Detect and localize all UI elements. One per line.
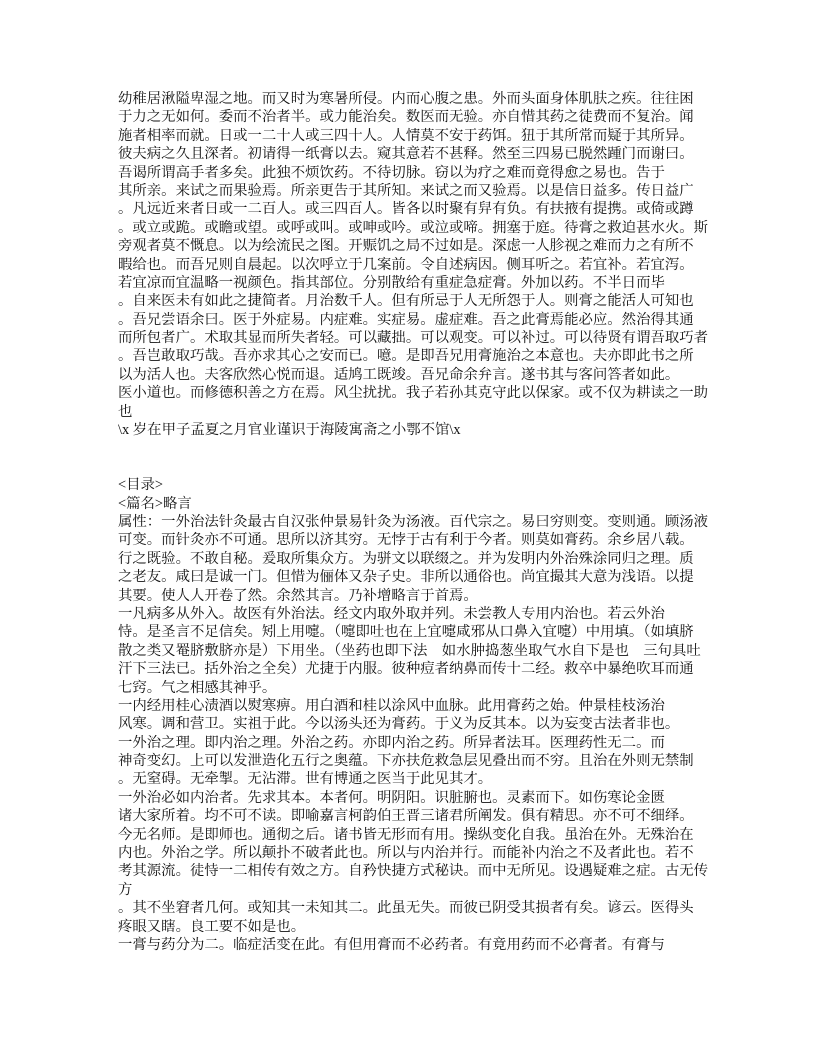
text-line: 可变。而针灸亦不可通。思所以济其穷。无悖于古有利于今者。则莫如膏药。余乡居八载。 — [118, 531, 778, 549]
text-line: 。吾岂敢取巧哉。吾亦求其心之安而已。噫。是即吾兄用膏施治之本意也。夫亦即此书之所 — [118, 347, 778, 365]
blank-line — [118, 439, 778, 457]
text-line: 。无窒碍。无牵掣。无沾滞。世有博通之医当于此见其才。 — [118, 770, 778, 788]
text-line: 恃。是圣言不足信矣。矧上用嚏。（嚏即吐也在上宜嚏咸邪从口鼻入宜嚏）中用填。（如填… — [118, 623, 778, 641]
text-line: 。或立或跪。或瞻或望。或呼或叫。或呻或吟。或泣或啼。拥塞于庭。待膏之救迫甚水火。… — [118, 219, 778, 237]
text-line: 。其不坐窘者几何。或知其一未知其二。此虽无失。而彼已阴受其损者有矣。谚云。医得头 — [118, 899, 778, 917]
text-line: <目录> — [118, 476, 778, 494]
text-line: 一凡病多从外入。故医有外治法。经文内取外取并列。未尝教人专用内治也。若云外治 — [118, 605, 778, 623]
text-line: 一膏与药分为二。临症活变在此。有但用膏而不必药者。有竟用药而不必膏者。有膏与 — [118, 936, 778, 954]
text-line: 一外治必如内治者。先求其本。本者何。明阴阳。识脏腑也。灵素而下。如伤寒论金匮 — [118, 789, 778, 807]
text-line: 以为活人也。夫客欣然心悦而退。适鸠工既竣。吾兄命余弁言。遂书其与客问答者如此。 — [118, 366, 778, 384]
text-line: 其所亲。来试之而果验焉。所亲更告于其所知。来试之而又验焉。以是信日益多。传日益广 — [118, 182, 778, 200]
text-line: 而所包者广。术取其显而所失者轻。可以藏拙。可以观变。可以补过。可以待贤有谓吾取巧… — [118, 329, 778, 347]
text-line: 。凡远近来者日或一二百人。或三四百人。皆各以时聚有舁有负。有扶掖有提携。或倚或蹲 — [118, 200, 778, 218]
text-line: 暇给也。而吾兄则自晨起。以次呼立于几案前。令自述病因。侧耳听之。若宜补。若宜泻。 — [118, 256, 778, 274]
text-line: 。吾兄尝语余曰。医于外症易。内症难。实症易。虚症难。吾之此膏焉能必应。然治得其通 — [118, 311, 778, 329]
document-page: 幼稚居湫隘卑湿之地。而又时为寒暑所侵。内而心腹之患。外而头面身体肌肤之疾。往往困… — [0, 0, 816, 1056]
text-block: 幼稚居湫隘卑湿之地。而又时为寒暑所侵。内而心腹之患。外而头面身体肌肤之疾。往往困… — [118, 90, 778, 954]
text-line: 其要。使人人开卷了然。余然其言。乃补增略言于首焉。 — [118, 587, 778, 605]
text-line: 神奇变幻。上可以发泄造化五行之奥蕴。下亦扶危救急层见叠出而不穷。且治在外则无禁制 — [118, 752, 778, 770]
text-line: \x 岁在甲子孟夏之月官业谨识于海陵寓斋之小鄂不馆\x — [118, 421, 778, 439]
text-line: 行之既验。不敢自秘。爰取所集众方。为骈文以联缀之。并为发明内外治殊涂同归之理。质 — [118, 550, 778, 568]
text-line: 考其源流。徒恃一二相传有效之方。自矜快捷方式秘诀。而中无所见。设遇疑难之症。古无… — [118, 862, 778, 880]
text-line: 汗下三法已。括外治之全矣）尤捷于内服。彼种痘者纳鼻而传十二经。救卒中暴绝吹耳而通 — [118, 660, 778, 678]
text-line: 于力之无如何。委而不治者半。或力能治矣。数医而无验。亦自惜其药之徒费而不复治。闻 — [118, 108, 778, 126]
text-line: 一外治之理。即内治之理。外治之药。亦即内治之药。所异者法耳。医理药性无二。而 — [118, 734, 778, 752]
text-line: 诸大家所着。均不可不读。即喻嘉言柯韵伯王晋三诸君所阐发。俱有精思。亦不可不细绎。 — [118, 807, 778, 825]
text-line: 七窍。气之相感其神乎。 — [118, 679, 778, 697]
text-line: 彼夫病之久且深者。初请得一纸膏以去。窥其意若不甚释。然至三四易已脱然踵门而谢曰。 — [118, 145, 778, 163]
text-line: 。自来医未有如此之捷简者。月治数千人。但有所忌于人无所怨于人。则膏之能活人可知也 — [118, 292, 778, 310]
text-line: 方 — [118, 881, 778, 899]
text-line: 疼眼又瞎。良工要不如是也。 — [118, 918, 778, 936]
text-line: 之老友。咸曰是诚一门。但惜为俪体又杂子史。非所以通俗也。尚宜撮其大意为浅语。以提 — [118, 568, 778, 586]
text-line: 一内经用桂心渍酒以熨寒痹。用白酒和桂以涂风中血脉。此用膏药之始。仲景桂枝汤治 — [118, 697, 778, 715]
text-line: 散之类又罨脐敷脐亦是）下用坐。（坐药也即下法 如水肿捣葱坐取气水自下是也 三句具… — [118, 642, 778, 660]
text-line: 内也。外治之学。所以颠扑不破者此也。所以与内治并行。而能补内治之不及者此也。若不 — [118, 844, 778, 862]
text-line: 施者相率而就。日或一二十人或三四十人。人情莫不安于药饵。狃于其所常而疑于其所异。 — [118, 127, 778, 145]
text-line: 今无名师。是即师也。通彻之后。诸书皆无形而有用。操纵变化自我。虽治在外。无殊治在 — [118, 826, 778, 844]
text-line: 吾谒所谓高手者多矣。此独不烦饮药。不待切脉。窃以为疗之难而竟得愈之易也。告于 — [118, 164, 778, 182]
text-line: 旁观者莫不慨息。以为绘流民之图。开赈饥之局不过如是。深虑一人胗视之难而力之有所不 — [118, 237, 778, 255]
blank-line — [118, 458, 778, 476]
text-line: 若宜凉而宜温略一视颜色。指其部位。分别散给有重症急症膏。外加以药。不半日而毕 — [118, 274, 778, 292]
text-line: 风寒。调和营卫。实祖于此。今以汤头还为膏药。于义为反其本。以为妄变古法者非也。 — [118, 715, 778, 733]
text-line: <篇名>略言 — [118, 495, 778, 513]
text-line: 属性：一外治法针灸最古自汉张仲景易针灸为汤液。百代宗之。易曰穷则变。变则通。顾汤… — [118, 513, 778, 531]
text-line: 幼稚居湫隘卑湿之地。而又时为寒暑所侵。内而心腹之患。外而头面身体肌肤之疾。往往困 — [118, 90, 778, 108]
text-line: 医小道也。而修德积善之方在焉。风尘扰扰。我子若孙其克守此以保家。或不仅为耕读之一… — [118, 384, 778, 402]
text-line: 也 — [118, 403, 778, 421]
